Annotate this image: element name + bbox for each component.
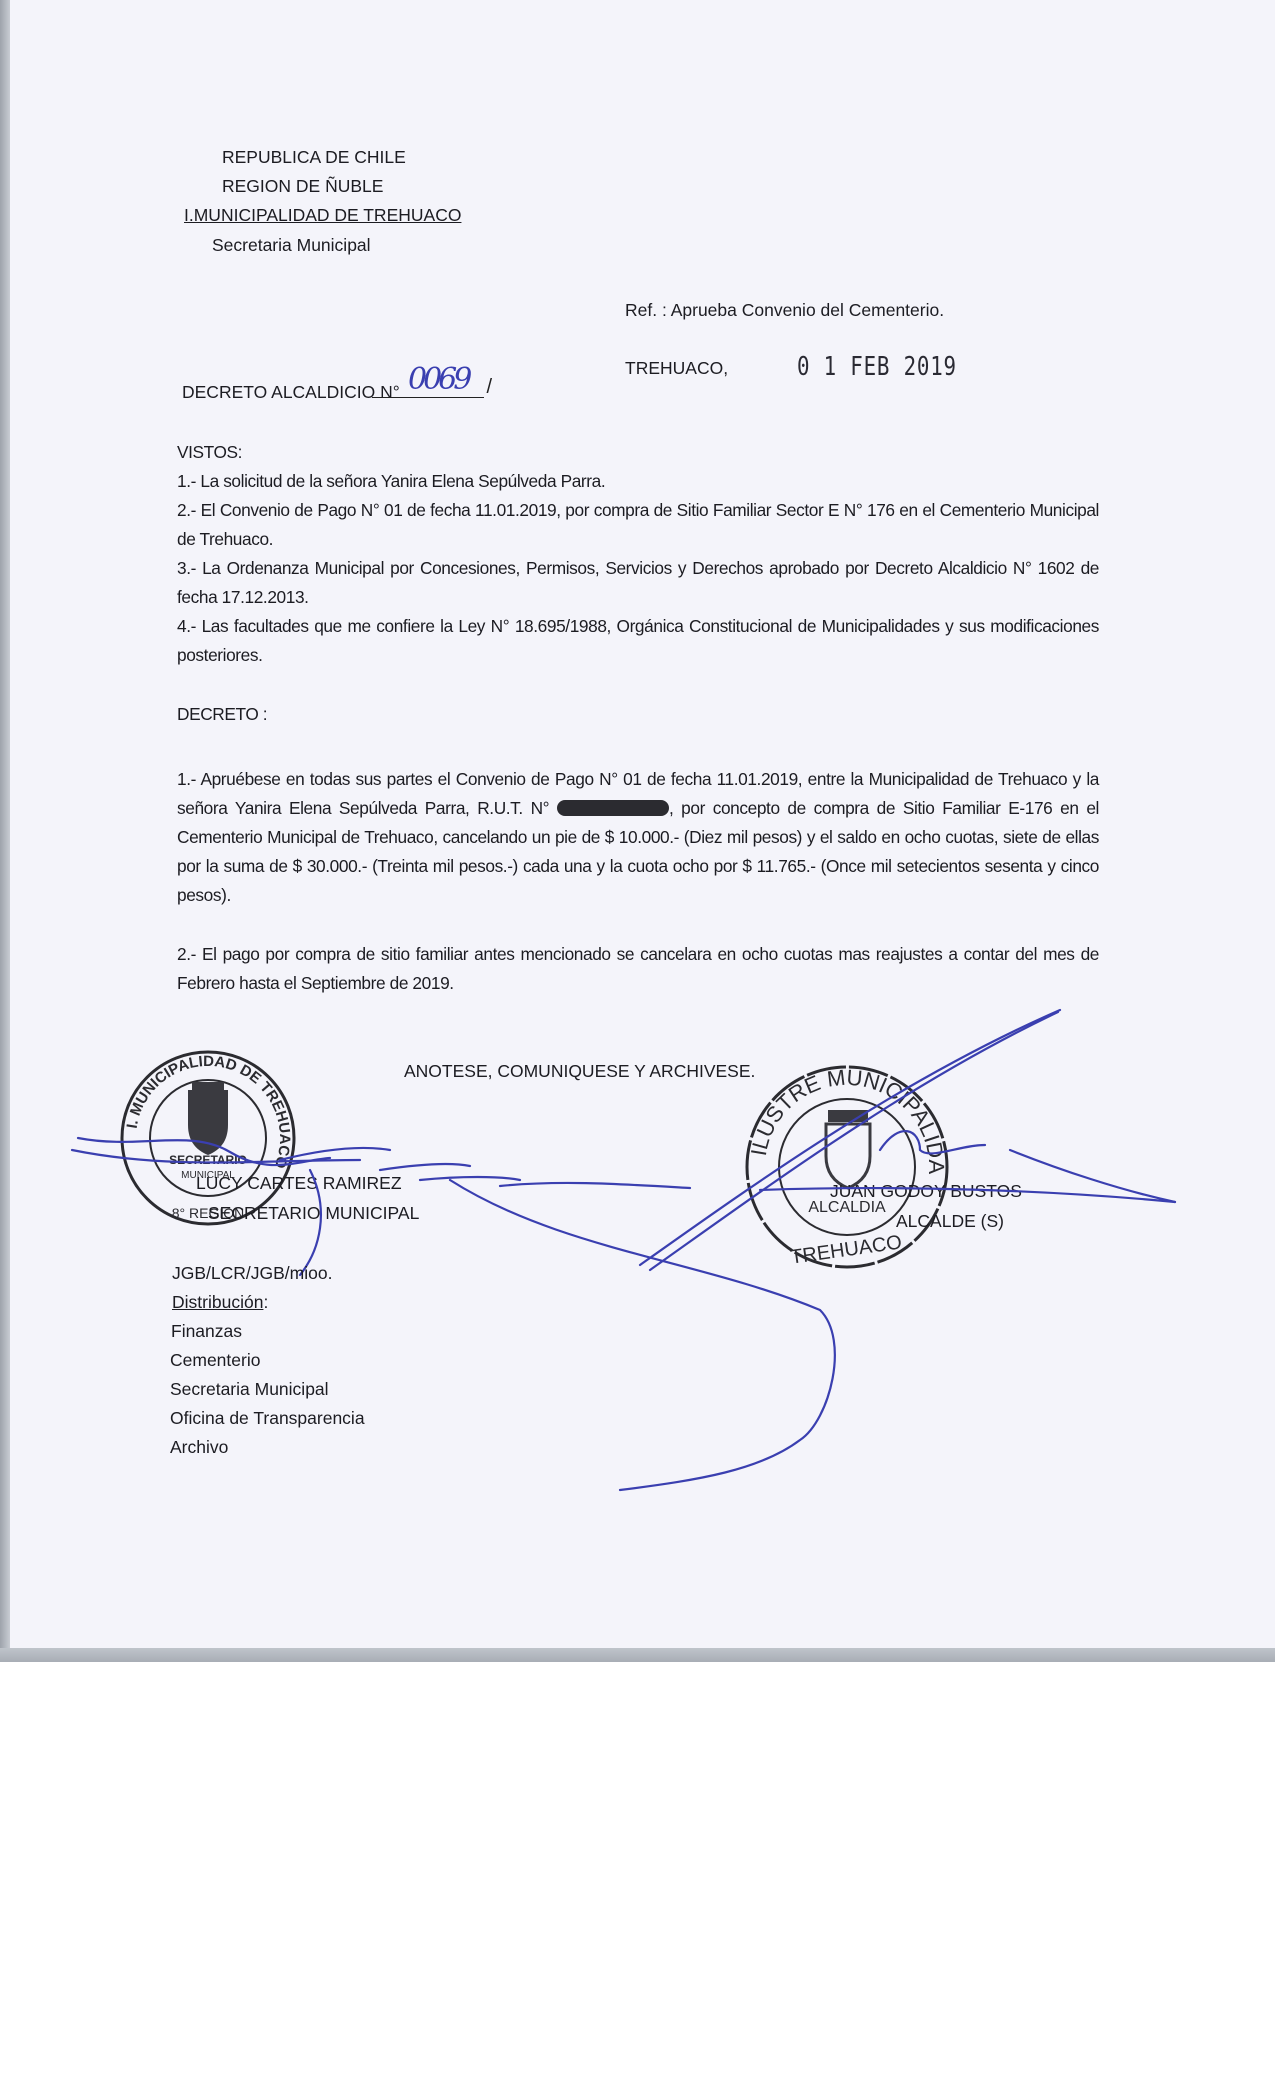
distribution-item: Archivo xyxy=(170,1436,228,1458)
distribution-item: Finanzas xyxy=(171,1320,242,1342)
distribution-item: Secretaria Municipal xyxy=(170,1378,329,1400)
distribution-item: Oficina de Transparencia xyxy=(170,1407,365,1429)
distribution-label: Distribución xyxy=(172,1292,263,1312)
initials: JGB/LCR/JGB/mioo. xyxy=(172,1262,332,1284)
distribution-heading: Distribución: xyxy=(172,1291,268,1313)
distribution-item: Cementerio xyxy=(170,1349,260,1371)
